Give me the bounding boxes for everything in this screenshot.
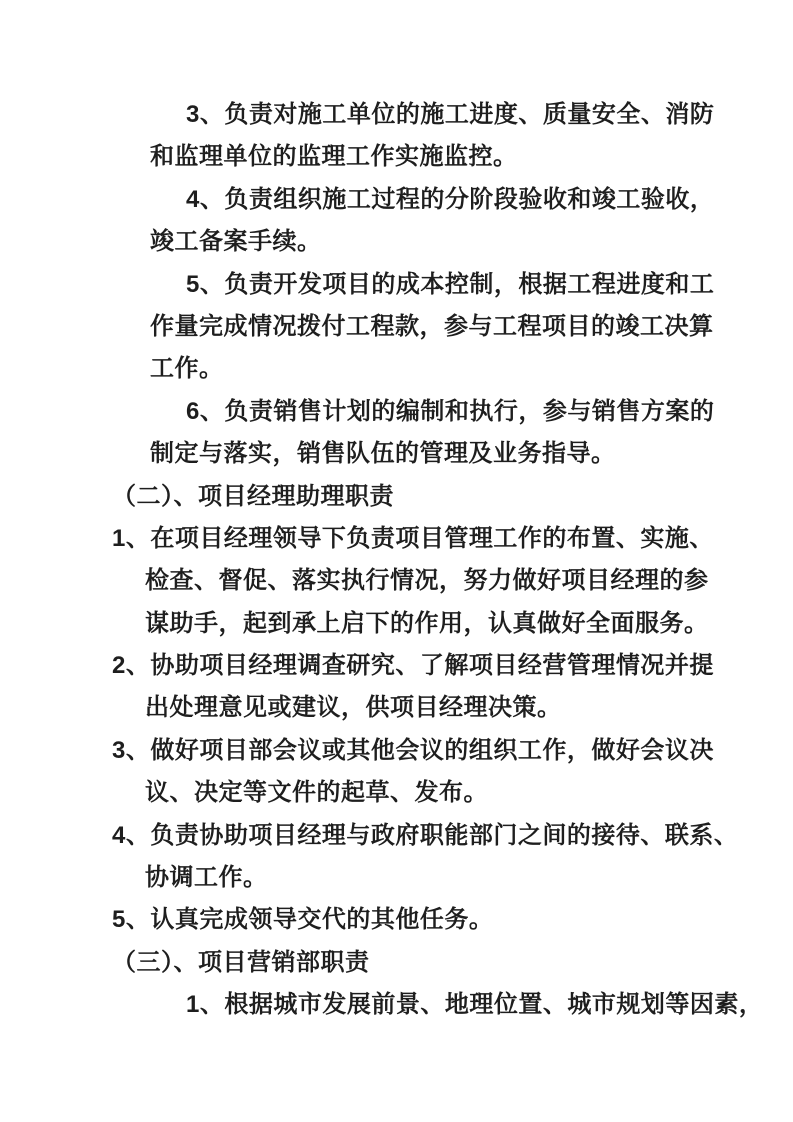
document-line: 1、在项目经理领导下负责项目管理工作的布置、实施、 <box>112 518 793 560</box>
document-line: 竣工备案手续。 <box>150 221 793 263</box>
document-line: 3、做好项目部会议或其他会议的组织工作，做好会议决 <box>112 730 793 772</box>
document-page: 3、负责对施工单位的施工进度、质量安全、消防 和监理单位的监理工作实施监控。 4… <box>0 0 793 1122</box>
section-heading: （三）、项目营销部职责 <box>112 942 793 984</box>
document-line: 制定与落实，销售队伍的管理及业务指导。 <box>150 433 793 475</box>
document-line: 2、协助项目经理调查研究、了解项目经营管理情况并提 <box>112 645 793 687</box>
document-line: 和监理单位的监理工作实施监控。 <box>150 136 793 178</box>
document-line: 6、负责销售计划的编制和执行，参与销售方案的 <box>186 391 793 433</box>
document-line: 议、决定等文件的起草、发布。 <box>145 772 793 814</box>
document-body: 3、负责对施工单位的施工进度、质量安全、消防 和监理单位的监理工作实施监控。 4… <box>0 94 793 1027</box>
document-line: 4、负责协助项目经理与政府职能部门之间的接待、联系、 <box>112 815 793 857</box>
document-line: 出处理意见或建议，供项目经理决策。 <box>145 687 793 729</box>
document-line: 5、负责开发项目的成本控制，根据工程进度和工 <box>186 264 793 306</box>
document-line: 1、根据城市发展前景、地理位置、城市规划等因素， <box>186 984 793 1026</box>
section-heading: （二）、项目经理助理职责 <box>112 476 793 518</box>
document-line: 协调工作。 <box>145 857 793 899</box>
document-line: 工作。 <box>150 348 793 390</box>
document-line: 谋助手，起到承上启下的作用，认真做好全面服务。 <box>145 603 793 645</box>
document-line: 3、负责对施工单位的施工进度、质量安全、消防 <box>186 94 793 136</box>
document-line: 作量完成情况拨付工程款，参与工程项目的竣工决算 <box>150 306 793 348</box>
document-line: 检查、督促、落实执行情况，努力做好项目经理的参 <box>145 560 793 602</box>
document-line: 4、负责组织施工过程的分阶段验收和竣工验收， <box>186 179 793 221</box>
document-line: 5、认真完成领导交代的其他任务。 <box>112 899 793 941</box>
